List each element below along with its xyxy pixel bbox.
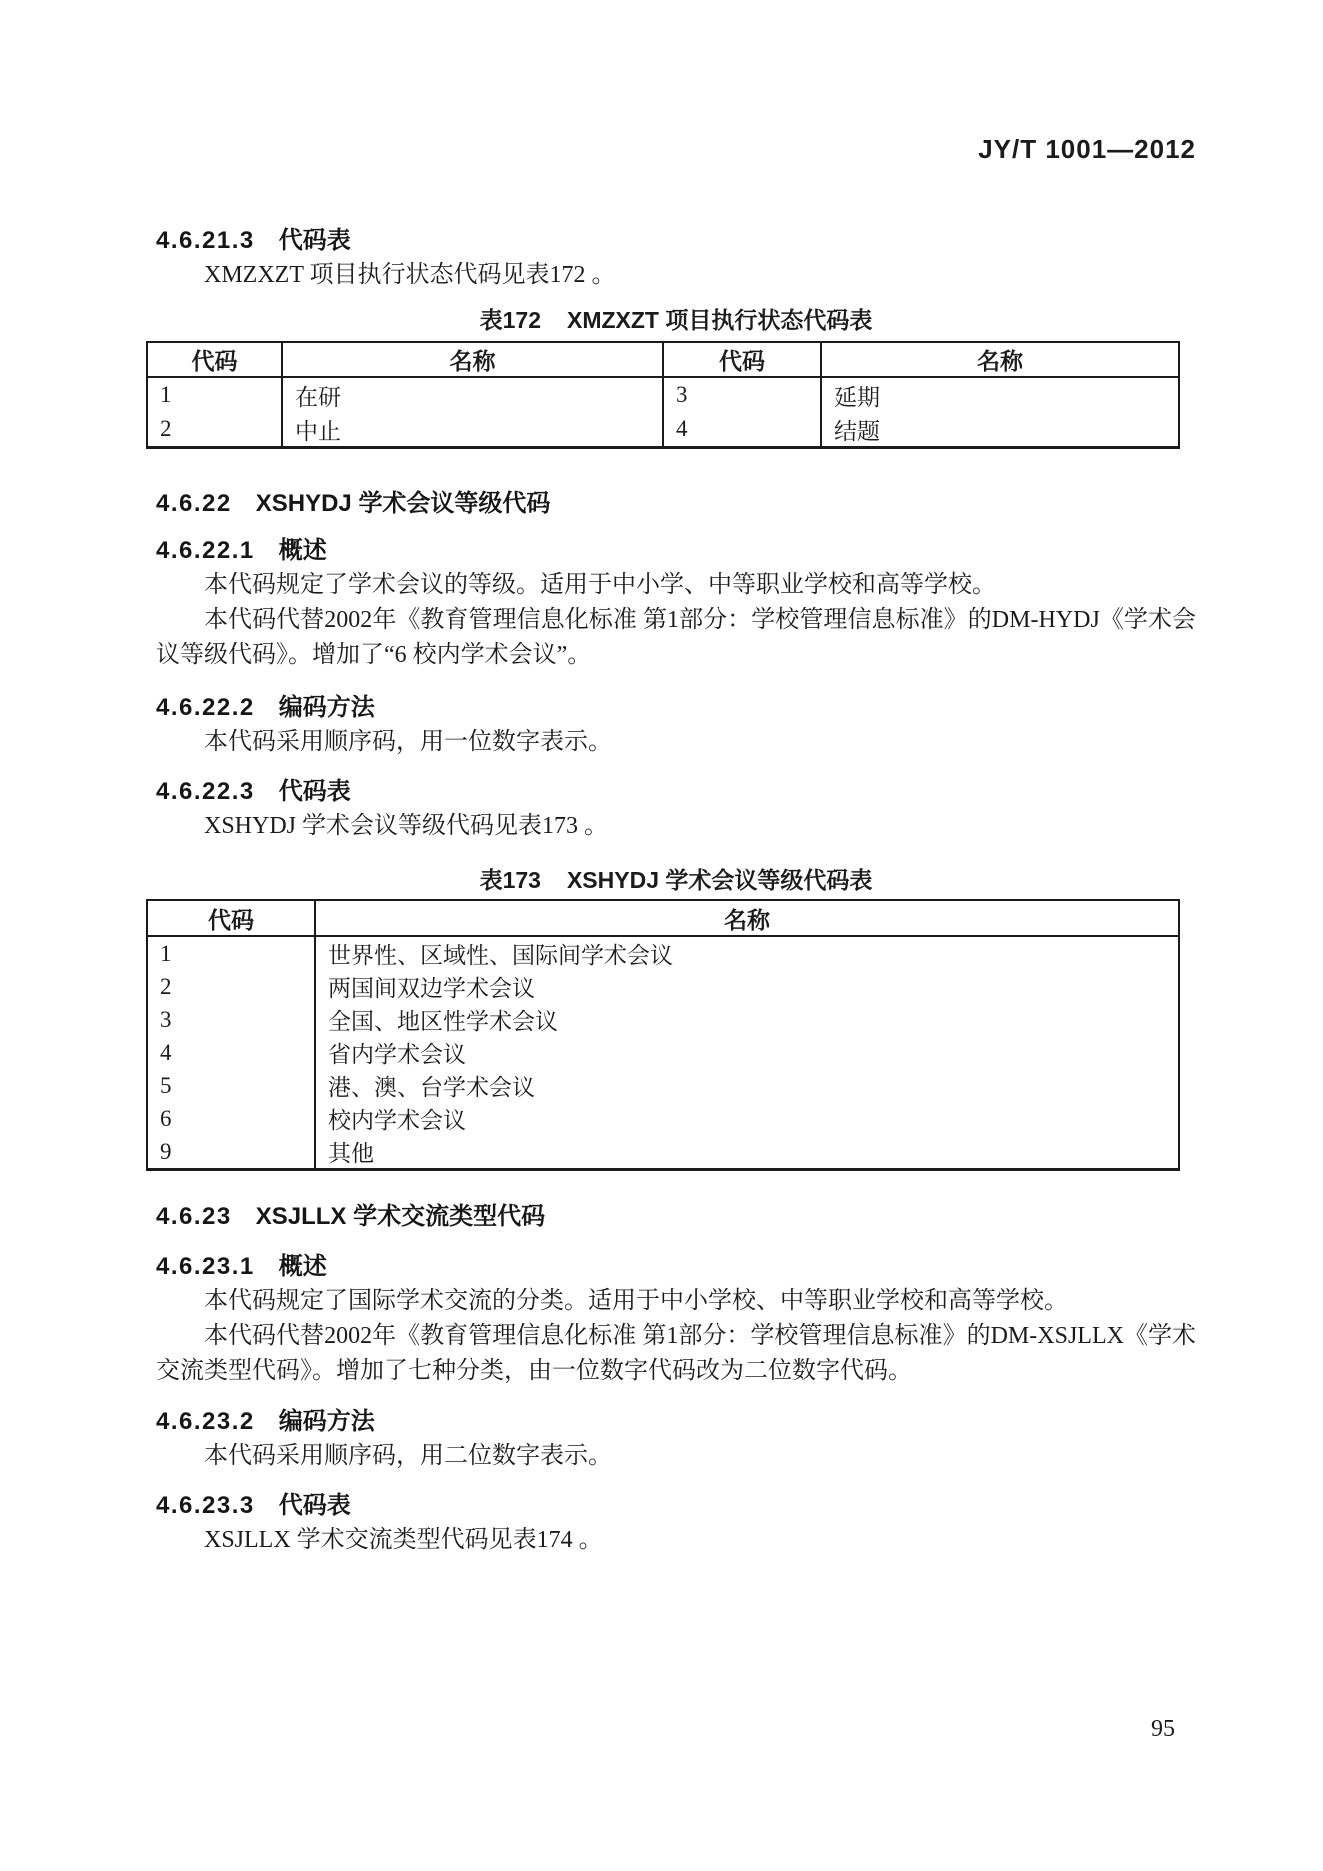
table-row: 2 两国间双边学术会议 — [147, 970, 1179, 1003]
page-number: 95 — [1151, 1714, 1175, 1744]
table-cell-name: 全国、地区性学术会议 — [315, 1003, 1179, 1036]
doc-standard-number: JY/T 1001—2012 — [156, 132, 1196, 166]
page-content: JY/T 1001—2012 4.6.21.3代码表 XMZXZT 项目执行状态… — [156, 132, 1196, 1558]
table-cell-code: 3 — [663, 377, 821, 412]
section-title: XSHYDJ 学术会议等级代码 — [256, 490, 551, 517]
table-cell-name: 港、澳、台学术会议 — [315, 1069, 1179, 1102]
paragraph-encoding-method: 本代码采用顺序码，用一位数字表示。 — [156, 725, 1196, 760]
section-number: 4.6.23 — [156, 1203, 232, 1230]
table-row: 4 省内学术会议 — [147, 1036, 1179, 1069]
section-number: 4.6.22.1 — [156, 537, 255, 564]
paragraph-replacement-note: 本代码代替2002年《教育管理信息化标准 第1部分：学校管理信息标准》的DM-X… — [156, 1319, 1196, 1389]
section-title: 代码表 — [279, 1492, 351, 1519]
column-header: 代码 — [663, 342, 821, 377]
paragraph-overview: 本代码规定了国际学术交流的分类。适用于中小学校、中等职业学校和高等学校。 — [156, 1284, 1196, 1319]
table-cell-name: 省内学术会议 — [315, 1036, 1179, 1069]
table-row: 6 校内学术会议 — [147, 1102, 1179, 1135]
table-cell-name: 延期 — [821, 377, 1179, 412]
table-cell-code: 2 — [147, 412, 282, 448]
table-cell-name: 校内学术会议 — [315, 1102, 1179, 1135]
section-title: 编码方法 — [279, 1408, 375, 1435]
table-cell-code: 4 — [663, 412, 821, 448]
table-cell-code: 9 — [147, 1135, 315, 1170]
section-title: 代码表 — [279, 778, 351, 805]
table-172: 代码 名称 代码 名称 1 在研 3 延期 2 中止 4 结题 — [146, 341, 1180, 449]
table-cell-name: 中止 — [282, 412, 663, 448]
table-row: 5 港、澳、台学术会议 — [147, 1069, 1179, 1102]
table-cell-code: 1 — [147, 377, 282, 412]
section-heading-4-6-21-3: 4.6.21.3代码表 — [156, 224, 1196, 258]
section-number: 4.6.23.1 — [156, 1253, 255, 1280]
section-title: 概述 — [279, 537, 327, 564]
paragraph-replacement-note: 本代码代替2002年《教育管理信息化标准 第1部分：学校管理信息标准》的DM-H… — [156, 603, 1196, 673]
section-heading-4-6-22-3: 4.6.22.3代码表 — [156, 775, 1196, 809]
table-row: 2 中止 4 结题 — [147, 412, 1179, 448]
table-header-row: 代码 名称 — [147, 900, 1179, 936]
table-cell-name: 世界性、区域性、国际间学术会议 — [315, 936, 1179, 970]
table-cell-code: 4 — [147, 1036, 315, 1069]
table-row: 3 全国、地区性学术会议 — [147, 1003, 1179, 1036]
table173-caption: 表173XSHYDJ 学术会议等级代码表 — [156, 863, 1196, 897]
section-heading-4-6-23-2: 4.6.23.2编码方法 — [156, 1405, 1196, 1439]
table-row: 9 其他 — [147, 1135, 1179, 1170]
table-cell-name: 结题 — [821, 412, 1179, 448]
paragraph-overview: 本代码规定了学术会议的等级。适用于中小学、中等职业学校和高等学校。 — [156, 568, 1196, 603]
table-cell-name: 其他 — [315, 1135, 1179, 1170]
section-number: 4.6.22 — [156, 490, 232, 517]
section-heading-4-6-22: 4.6.22XSHYDJ 学术会议等级代码 — [156, 487, 1196, 521]
paragraph-table174-ref: XSJLLX 学术交流类型代码见表174 。 — [156, 1523, 1196, 1558]
section-title: 代码表 — [279, 227, 351, 254]
table-cell-code: 6 — [147, 1102, 315, 1135]
column-header: 名称 — [315, 900, 1179, 936]
column-header: 代码 — [147, 342, 282, 377]
table-header-row: 代码 名称 代码 名称 — [147, 342, 1179, 377]
table-cell-code: 1 — [147, 936, 315, 970]
section-heading-4-6-23: 4.6.23XSJLLX 学术交流类型代码 — [156, 1200, 1196, 1234]
paragraph-table173-ref: XSHYDJ 学术会议等级代码见表173 。 — [156, 809, 1196, 844]
table-cell-code: 2 — [147, 970, 315, 1003]
table-cell-name: 两国间双边学术会议 — [315, 970, 1179, 1003]
section-title: XSJLLX 学术交流类型代码 — [256, 1203, 545, 1230]
table172-caption-label: 表172 — [480, 307, 541, 333]
paragraph-encoding-method: 本代码采用顺序码，用二位数字表示。 — [156, 1439, 1196, 1474]
section-number: 4.6.23.2 — [156, 1408, 255, 1435]
table173-caption-label: 表173 — [480, 867, 541, 893]
table172-caption-title: XMZXZT 项目执行状态代码表 — [567, 307, 872, 333]
section-heading-4-6-23-1: 4.6.23.1概述 — [156, 1250, 1196, 1284]
column-header: 名称 — [821, 342, 1179, 377]
table-cell-name: 在研 — [282, 377, 663, 412]
section-number: 4.6.21.3 — [156, 227, 255, 254]
table-cell-code: 3 — [147, 1003, 315, 1036]
column-header: 代码 — [147, 900, 315, 936]
section-title: 概述 — [279, 1253, 327, 1280]
table-cell-code: 5 — [147, 1069, 315, 1102]
section-number: 4.6.23.3 — [156, 1492, 255, 1519]
section-number: 4.6.22.3 — [156, 778, 255, 805]
table173-caption-title: XSHYDJ 学术会议等级代码表 — [567, 867, 872, 893]
column-header: 名称 — [282, 342, 663, 377]
table-row: 1 在研 3 延期 — [147, 377, 1179, 412]
section-number: 4.6.22.2 — [156, 694, 255, 721]
section-heading-4-6-22-2: 4.6.22.2编码方法 — [156, 691, 1196, 725]
paragraph-table172-ref: XMZXZT 项目执行状态代码见表172 。 — [156, 258, 1196, 293]
table-173: 代码 名称 1 世界性、区域性、国际间学术会议 2 两国间双边学术会议 3 全国… — [146, 899, 1180, 1171]
section-title: 编码方法 — [279, 694, 375, 721]
section-heading-4-6-23-3: 4.6.23.3代码表 — [156, 1489, 1196, 1523]
section-heading-4-6-22-1: 4.6.22.1概述 — [156, 534, 1196, 568]
table172-caption: 表172XMZXZT 项目执行状态代码表 — [156, 303, 1196, 337]
table-row: 1 世界性、区域性、国际间学术会议 — [147, 936, 1179, 970]
document-page: JY/T 1001—2012 4.6.21.3代码表 XMZXZT 项目执行状态… — [0, 0, 1323, 1871]
